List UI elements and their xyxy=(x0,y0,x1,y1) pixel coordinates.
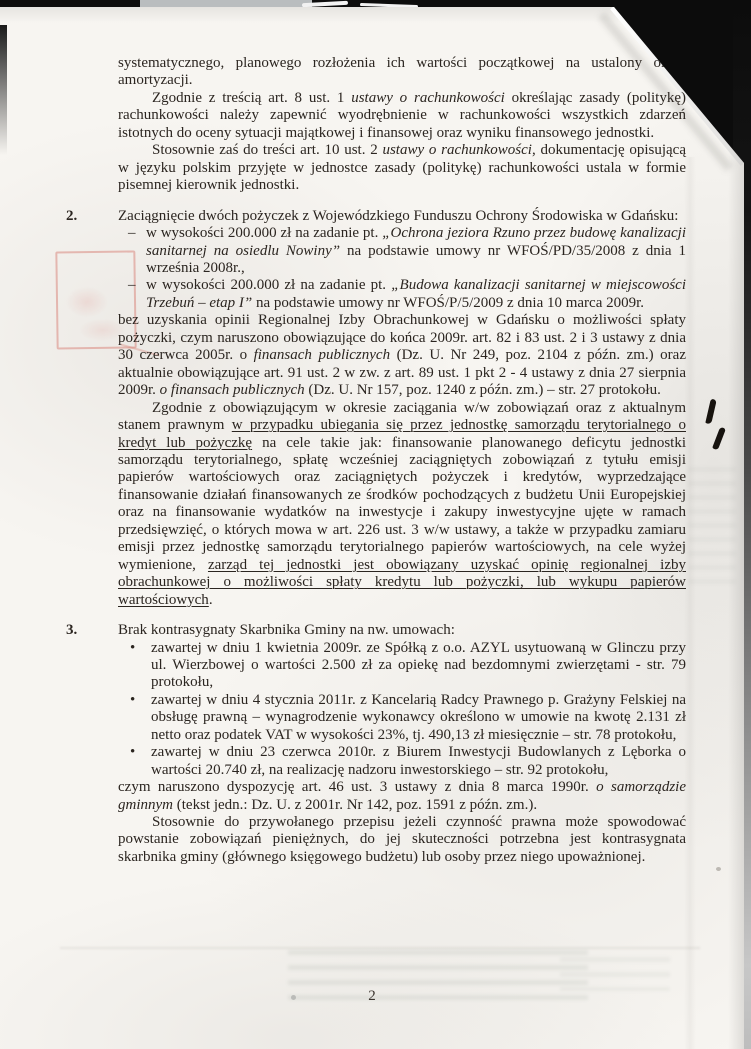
page-number: 2 xyxy=(0,988,744,1005)
paper-sheet: systematycznego, planowego rozłożenia ic… xyxy=(0,7,744,1049)
document-content: systematycznego, planowego rozłożenia ic… xyxy=(118,55,686,866)
item-number: 2. xyxy=(66,208,77,225)
paragraph: Zgodnie z treścią art. 8 ust. 1 ustawy o… xyxy=(118,90,686,142)
text-run-italic: finansach publicznych xyxy=(254,347,391,363)
text-run: na cele takie jak: finansowanie planowan… xyxy=(118,435,686,573)
paragraph: Stosownie do przywołanego przepisu jeżel… xyxy=(118,814,686,866)
numbered-item-3: 3. Brak kontrasygnaty Skarbnika Gminy na… xyxy=(118,622,686,639)
bullet-marker: • xyxy=(118,692,151,744)
text-run: w wysokości 200.000 zł na zadanie pt. xyxy=(146,277,391,293)
scan-edge-artifact xyxy=(0,25,7,155)
item-text: zawartej w dniu 4 stycznia 2011r. z Kanc… xyxy=(151,692,686,744)
paragraph: bez uzyskania opinii Regionalnej Izby Ob… xyxy=(118,312,686,399)
item-text: zawartej w dniu 23 czerwca 2010r. z Biur… xyxy=(151,744,686,779)
ink-mark xyxy=(712,427,726,451)
text-run: systematycznego, planowego rozłożenia ic… xyxy=(118,55,686,88)
item-number: 3. xyxy=(66,622,77,639)
text-run: czym naruszono dyspozycję art. 46 ust. 3… xyxy=(118,779,596,795)
bullet-marker: • xyxy=(118,640,151,692)
dash-item: – w wysokości 200.000 zł na zadanie pt. … xyxy=(118,277,686,312)
scanner-top-edge xyxy=(140,0,312,8)
paragraph: systematycznego, planowego rozłożenia ic… xyxy=(118,55,686,90)
bullet-item: • zawartej w dniu 1 kwietnia 2009r. ze S… xyxy=(118,640,686,692)
bleedthrough-text xyxy=(560,957,670,991)
text-run-italic: ustawy o rachunkowości xyxy=(351,90,505,106)
text-run: zawartej w dniu 4 stycznia 2011r. z Kanc… xyxy=(151,692,686,743)
text-run: Zaciągnięcie dwóch pożyczek z Wojewódzki… xyxy=(118,208,678,224)
bullet-marker: • xyxy=(118,744,151,779)
item-text: w wysokości 200.000 zł na zadanie pt. „O… xyxy=(146,225,686,277)
dash-marker: – xyxy=(118,225,146,277)
paragraph: Zgodnie z obowiązującym w okresie zaciąg… xyxy=(118,400,686,609)
bleedthrough-text xyxy=(688,467,736,587)
item-text: zawartej w dniu 1 kwietnia 2009r. ze Spó… xyxy=(151,640,686,692)
dash-item: – w wysokości 200.000 zł na zadanie pt. … xyxy=(118,225,686,277)
ink-mark xyxy=(705,399,716,425)
text-run-italic: o finansach publicznych xyxy=(160,382,305,398)
text-run: Stosownie zaś do treści art. 10 ust. 2 xyxy=(152,142,382,158)
paper-crease xyxy=(60,947,700,949)
text-run: zawartej w dniu 23 czerwca 2010r. z Biur… xyxy=(151,744,686,777)
scan-canvas: { "page": { "number": "2" }, "colors": {… xyxy=(0,0,751,1049)
dash-marker: – xyxy=(118,277,146,312)
item-text: Brak kontrasygnaty Skarbnika Gminy na nw… xyxy=(118,622,686,639)
bullet-item: • zawartej w dniu 23 czerwca 2010r. z Bi… xyxy=(118,744,686,779)
text-run: Zgodnie z treścią art. 8 ust. 1 xyxy=(152,90,351,106)
paragraph: Stosownie zaś do treści art. 10 ust. 2 u… xyxy=(118,142,686,194)
text-run: . xyxy=(209,592,213,608)
text-run: (tekst jedn.: Dz. U. z 2001r. Nr 142, po… xyxy=(173,797,537,813)
text-run: Stosownie do przywołanego przepisu jeżel… xyxy=(118,814,686,865)
smudge-dot xyxy=(716,867,721,871)
text-run: zawartej w dniu 1 kwietnia 2009r. ze Spó… xyxy=(151,640,686,691)
item-text: w wysokości 200.000 zł na zadanie pt. „B… xyxy=(146,277,686,312)
paragraph: czym naruszono dyspozycję art. 46 ust. 3… xyxy=(118,779,686,814)
text-run: Brak kontrasygnaty Skarbnika Gminy na nw… xyxy=(118,622,455,638)
numbered-item-2: 2. Zaciągnięcie dwóch pożyczek z Wojewód… xyxy=(118,208,686,225)
text-run: w wysokości 200.000 zł na zadanie pt. xyxy=(146,225,382,241)
text-run: na podstawie umowy nr WFOŚ/P/5/2009 z dn… xyxy=(252,295,644,311)
item-text: Zaciągnięcie dwóch pożyczek z Wojewódzki… xyxy=(118,208,686,225)
bullet-item: • zawartej w dniu 4 stycznia 2011r. z Ka… xyxy=(118,692,686,744)
text-run-italic: ustawy o rachunkowości xyxy=(382,142,532,158)
text-run: (Dz. U. Nr 157, poz. 1240 z późn. zm.) –… xyxy=(305,382,661,398)
